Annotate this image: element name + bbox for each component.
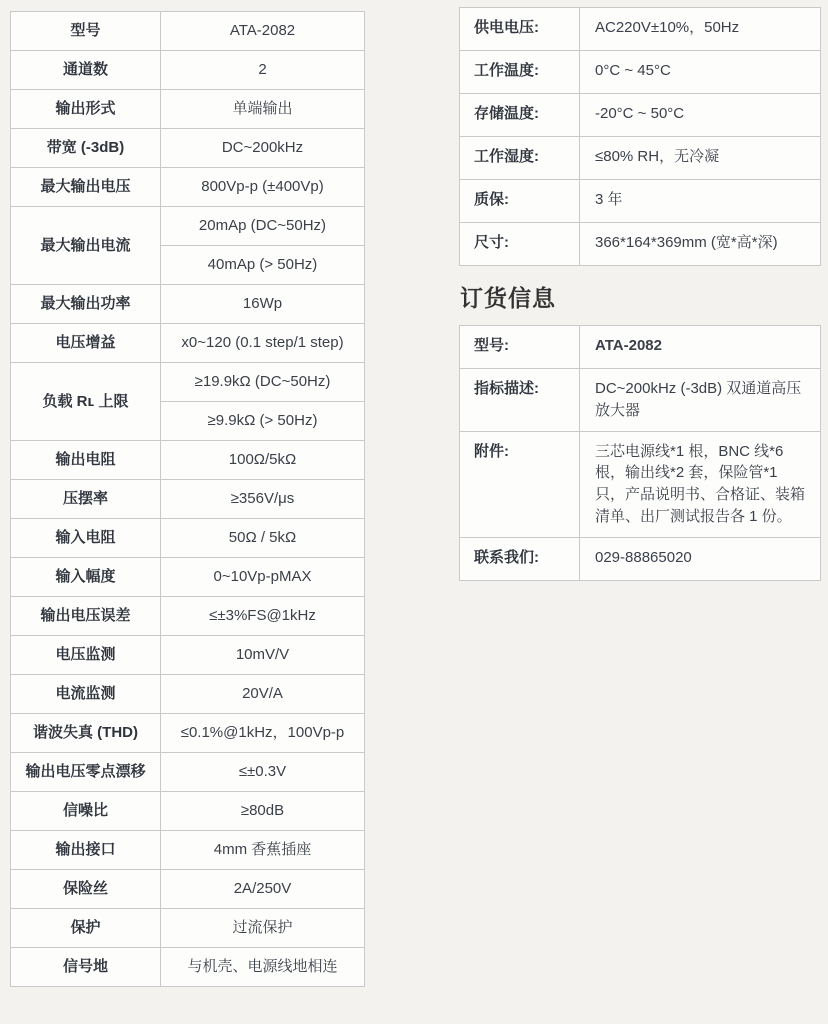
table-row: 谐波失真 (THD)≤0.1%@1kHz，100Vp-p (11, 714, 365, 753)
environment-table: 供电电压:AC220V±10%，50Hz工作温度:0°C ~ 45°C存储温度:… (459, 7, 821, 266)
spec-value: 单端输出 (161, 90, 365, 129)
table-row: 最大输出功率16Wp (11, 285, 365, 324)
ordering-value: 029-88865020 (580, 537, 821, 580)
table-row: 质保:3 年 (460, 180, 821, 223)
table-row: 负载 Rʟ 上限≥19.9kΩ (DC~50Hz) (11, 363, 365, 402)
spec-value: 0~10Vp-pMAX (161, 558, 365, 597)
table-row: 输出电阻100Ω/5kΩ (11, 441, 365, 480)
env-value: -20°C ~ 50°C (580, 94, 821, 137)
env-label: 存储温度: (460, 94, 580, 137)
table-row: 供电电压:AC220V±10%，50Hz (460, 8, 821, 51)
spec-label: 最大输出电压 (11, 168, 161, 207)
spec-value: ATA-2082 (161, 12, 365, 51)
ordering-info-heading: 订货信息 (460, 284, 821, 312)
spec-label: 保护 (11, 909, 161, 948)
spec-value: 20mAp (DC~50Hz) (161, 207, 365, 246)
spec-value: ≥80dB (161, 792, 365, 831)
table-row: 通道数2 (11, 51, 365, 90)
table-row: 输出电压误差≤±3%FS@1kHz (11, 597, 365, 636)
spec-label: 输出接口 (11, 831, 161, 870)
env-value: 3 年 (580, 180, 821, 223)
spec-label: 最大输出功率 (11, 285, 161, 324)
spec-label: 通道数 (11, 51, 161, 90)
table-row: 存储温度:-20°C ~ 50°C (460, 94, 821, 137)
spec-label: 输出电压误差 (11, 597, 161, 636)
spec-label: 电流监测 (11, 675, 161, 714)
spec-label: 带宽 (-3dB) (11, 129, 161, 168)
spec-label: 负载 Rʟ 上限 (11, 363, 161, 441)
ordering-value: DC~200kHz (-3dB) 双通道高压放大器 (580, 369, 821, 432)
table-row: 最大输出电流20mAp (DC~50Hz) (11, 207, 365, 246)
env-label: 工作温度: (460, 51, 580, 94)
spec-label: 电压监测 (11, 636, 161, 675)
spec-label: 型号 (11, 12, 161, 51)
spec-label: 输入电阻 (11, 519, 161, 558)
spec-value: 2A/250V (161, 870, 365, 909)
table-row: 尺寸:366*164*369mm (宽*高*深) (460, 223, 821, 266)
table-row: 输入电阻50Ω / 5kΩ (11, 519, 365, 558)
table-row: 附件:三芯电源线*1 根，BNC 线*6 根，输出线*2 套，保险管*1 只，产… (460, 431, 821, 537)
env-value: ≤80% RH，无冷凝 (580, 137, 821, 180)
spec-value: 2 (161, 51, 365, 90)
table-row: 工作湿度:≤80% RH，无冷凝 (460, 137, 821, 180)
spec-value: 4mm 香蕉插座 (161, 831, 365, 870)
spec-label: 最大输出电流 (11, 207, 161, 285)
table-row: 保险丝2A/250V (11, 870, 365, 909)
spec-value: ≤±0.3V (161, 753, 365, 792)
spec-value: ≥356V/μs (161, 480, 365, 519)
table-row: 型号:ATA-2082 (460, 326, 821, 369)
spec-value: 20V/A (161, 675, 365, 714)
spec-label: 谐波失真 (THD) (11, 714, 161, 753)
spec-value: DC~200kHz (161, 129, 365, 168)
ordering-value: ATA-2082 (580, 326, 821, 369)
spec-value: 过流保护 (161, 909, 365, 948)
spec-value: x0~120 (0.1 step/1 step) (161, 324, 365, 363)
table-row: 输出电压零点漂移≤±0.3V (11, 753, 365, 792)
ordering-label: 指标描述: (460, 369, 580, 432)
spec-value: 10mV/V (161, 636, 365, 675)
env-value: 0°C ~ 45°C (580, 51, 821, 94)
ordering-label: 附件: (460, 431, 580, 537)
spec-value: 与机壳、电源线地相连 (161, 948, 365, 987)
table-row: 信号地与机壳、电源线地相连 (11, 948, 365, 987)
table-row: 电压增益x0~120 (0.1 step/1 step) (11, 324, 365, 363)
table-row: 带宽 (-3dB)DC~200kHz (11, 129, 365, 168)
right-panel: 供电电压:AC220V±10%，50Hz工作温度:0°C ~ 45°C存储温度:… (459, 7, 821, 581)
ordering-table: 型号:ATA-2082指标描述:DC~200kHz (-3dB) 双通道高压放大… (459, 325, 821, 581)
table-row: 保护过流保护 (11, 909, 365, 948)
table-row: 信噪比≥80dB (11, 792, 365, 831)
ordering-table-body: 型号:ATA-2082指标描述:DC~200kHz (-3dB) 双通道高压放大… (460, 326, 821, 581)
table-row: 型号ATA-2082 (11, 12, 365, 51)
spec-value: 800Vp-p (±400Vp) (161, 168, 365, 207)
spec-value: 16Wp (161, 285, 365, 324)
table-row: 指标描述:DC~200kHz (-3dB) 双通道高压放大器 (460, 369, 821, 432)
spec-value: 50Ω / 5kΩ (161, 519, 365, 558)
ordering-label: 型号: (460, 326, 580, 369)
table-row: 最大输出电压800Vp-p (±400Vp) (11, 168, 365, 207)
spec-value: ≥9.9kΩ (> 50Hz) (161, 402, 365, 441)
ordering-value: 三芯电源线*1 根，BNC 线*6 根，输出线*2 套，保险管*1 只，产品说明… (580, 431, 821, 537)
environment-table-body: 供电电压:AC220V±10%，50Hz工作温度:0°C ~ 45°C存储温度:… (460, 8, 821, 266)
env-label: 质保: (460, 180, 580, 223)
table-row: 电流监测20V/A (11, 675, 365, 714)
table-row: 输入幅度0~10Vp-pMAX (11, 558, 365, 597)
spec-label: 输出电压零点漂移 (11, 753, 161, 792)
spec-label: 信噪比 (11, 792, 161, 831)
table-row: 输出形式单端输出 (11, 90, 365, 129)
table-row: 压摆率≥356V/μs (11, 480, 365, 519)
spec-label: 输入幅度 (11, 558, 161, 597)
spec-label: 信号地 (11, 948, 161, 987)
table-row: 联系我们:029-88865020 (460, 537, 821, 580)
spec-label: 电压增益 (11, 324, 161, 363)
table-row: 电压监测10mV/V (11, 636, 365, 675)
spec-value: ≤±3%FS@1kHz (161, 597, 365, 636)
spec-label: 压摆率 (11, 480, 161, 519)
spec-label: 输出形式 (11, 90, 161, 129)
env-label: 供电电压: (460, 8, 580, 51)
env-label: 工作湿度: (460, 137, 580, 180)
spec-label: 保险丝 (11, 870, 161, 909)
spec-table: 型号ATA-2082通道数2输出形式单端输出带宽 (-3dB)DC~200kHz… (10, 11, 365, 987)
spec-label: 输出电阻 (11, 441, 161, 480)
env-label: 尺寸: (460, 223, 580, 266)
env-value: 366*164*369mm (宽*高*深) (580, 223, 821, 266)
spec-value: ≤0.1%@1kHz，100Vp-p (161, 714, 365, 753)
spec-table-body: 型号ATA-2082通道数2输出形式单端输出带宽 (-3dB)DC~200kHz… (11, 12, 365, 987)
table-row: 输出接口4mm 香蕉插座 (11, 831, 365, 870)
spec-value: ≥19.9kΩ (DC~50Hz) (161, 363, 365, 402)
env-value: AC220V±10%，50Hz (580, 8, 821, 51)
ordering-label: 联系我们: (460, 537, 580, 580)
spec-panel: 型号ATA-2082通道数2输出形式单端输出带宽 (-3dB)DC~200kHz… (10, 11, 365, 987)
table-row: 工作温度:0°C ~ 45°C (460, 51, 821, 94)
spec-value: 40mAp (> 50Hz) (161, 246, 365, 285)
spec-value: 100Ω/5kΩ (161, 441, 365, 480)
